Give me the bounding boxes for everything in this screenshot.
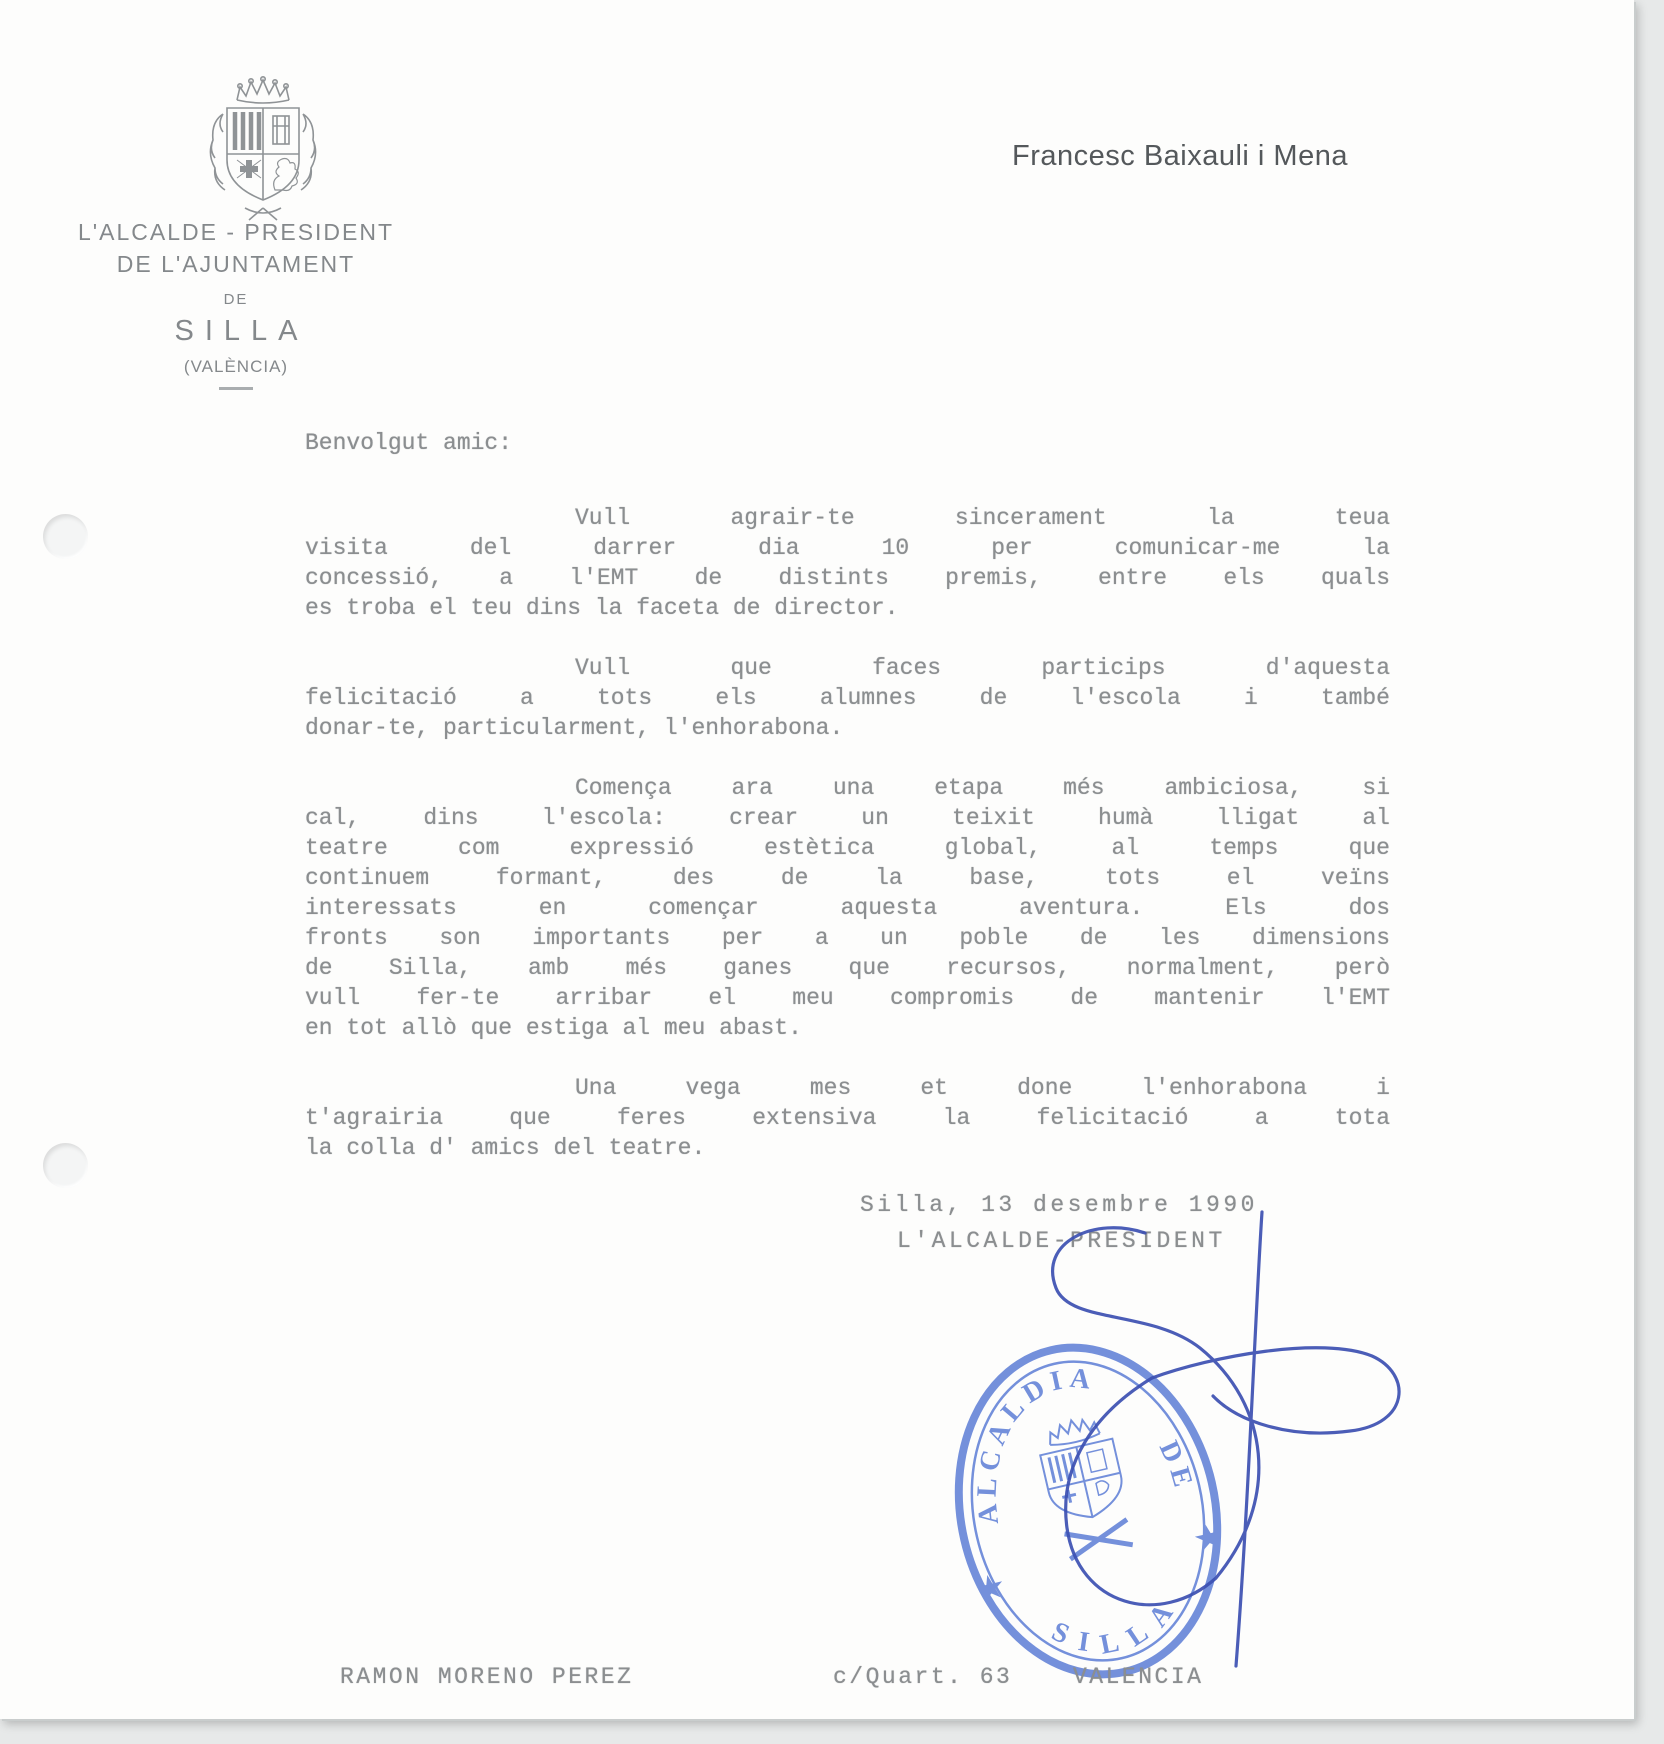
letter-line: teatre com expressió estètica global, al… xyxy=(305,833,1390,863)
letter-line: t'agrairia que feres extensiva la felici… xyxy=(305,1103,1390,1133)
letterhead-rule xyxy=(219,387,253,390)
letterhead-de: DE xyxy=(66,291,406,308)
scanned-letter-page: { "letterhead": { "line1": "L'ALCALDE - … xyxy=(0,0,1664,1744)
letterhead: L'ALCALDE - PRESIDENT DE L'AJUNTAMENT DE… xyxy=(66,216,406,390)
letter-line: de Silla, amb més ganes que recursos, no… xyxy=(305,953,1390,983)
letter-line: Comença ara una etapa més ambiciosa, si xyxy=(305,773,1390,803)
footer-address: c/Quart. 63 xyxy=(833,1664,1012,1690)
recipient-name: Francesc Baixauli i Mena xyxy=(1012,140,1348,173)
letter-line: continuem formant, des de la base, tots … xyxy=(305,863,1390,893)
letterhead-subtitle: DE L'AJUNTAMENT xyxy=(66,248,406,280)
letterhead-title: L'ALCALDE - PRESIDENT xyxy=(66,216,406,248)
letter-paragraph-3: Comença ara una etapa més ambiciosa, sic… xyxy=(305,773,1390,1043)
letter-line: interessats en començar aquesta aventura… xyxy=(305,893,1390,923)
letter-line: donar-te, particularment, l'enhorabona. xyxy=(305,713,1390,743)
letter-line: cal, dins l'escola: crear un teixit humà… xyxy=(305,803,1390,833)
letterhead-city: SILLA xyxy=(66,315,406,348)
letter-line: es troba el teu dins la faceta de direct… xyxy=(305,593,1390,623)
letter-line: en tot allò que estiga al meu abast. xyxy=(305,1013,1390,1043)
letter-body: Benvolgut amic: Vull agrair-te sincerame… xyxy=(305,428,1390,1163)
greeting-line: Benvolgut amic: xyxy=(305,428,1390,458)
hole-punch-top xyxy=(43,514,88,559)
letter-line: Una vega mes et done l'enhorabona i xyxy=(305,1073,1390,1103)
signature-icon xyxy=(1000,1198,1410,1678)
letter-line: Vull que faces particips d'aquesta xyxy=(305,653,1390,683)
footer-recipient-name: RAMON MORENO PEREZ xyxy=(340,1664,633,1690)
letter-line: Vull agrair-te sincerament la teua xyxy=(305,503,1390,533)
letter-line: visita del darrer dia 10 per comunicar-m… xyxy=(305,533,1390,563)
letter-line: fronts son importants per a un poble de … xyxy=(305,923,1390,953)
municipal-coat-of-arms-icon xyxy=(193,74,325,226)
letter-paragraphs: Vull agrair-te sincerament la teuavisita… xyxy=(305,503,1390,1163)
letter-line: concessió, a l'EMT de distints premis, e… xyxy=(305,563,1390,593)
letter-paragraph-2: Vull que faces particips d'aquestafelici… xyxy=(305,653,1390,743)
letter-line: la colla d' amics del teatre. xyxy=(305,1133,1390,1163)
letter-paragraph-1: Vull agrair-te sincerament la teuavisita… xyxy=(305,503,1390,623)
footer-line: RAMON MORENO PEREZ c/Quart. 63 VALENCIA xyxy=(0,1664,1634,1694)
footer-city: VALENCIA xyxy=(1073,1664,1203,1690)
letter-paragraph-4: Una vega mes et done l'enhorabona it'agr… xyxy=(305,1073,1390,1163)
hole-punch-bottom xyxy=(43,1143,88,1188)
letterhead-province: (VALÈNCIA) xyxy=(66,357,406,377)
letter-paper: L'ALCALDE - PRESIDENT DE L'AJUNTAMENT DE… xyxy=(0,0,1634,1719)
letter-line: felicitació a tots els alumnes de l'esco… xyxy=(305,683,1390,713)
letter-line: vull fer-te arribar el meu compromis de … xyxy=(305,983,1390,1013)
